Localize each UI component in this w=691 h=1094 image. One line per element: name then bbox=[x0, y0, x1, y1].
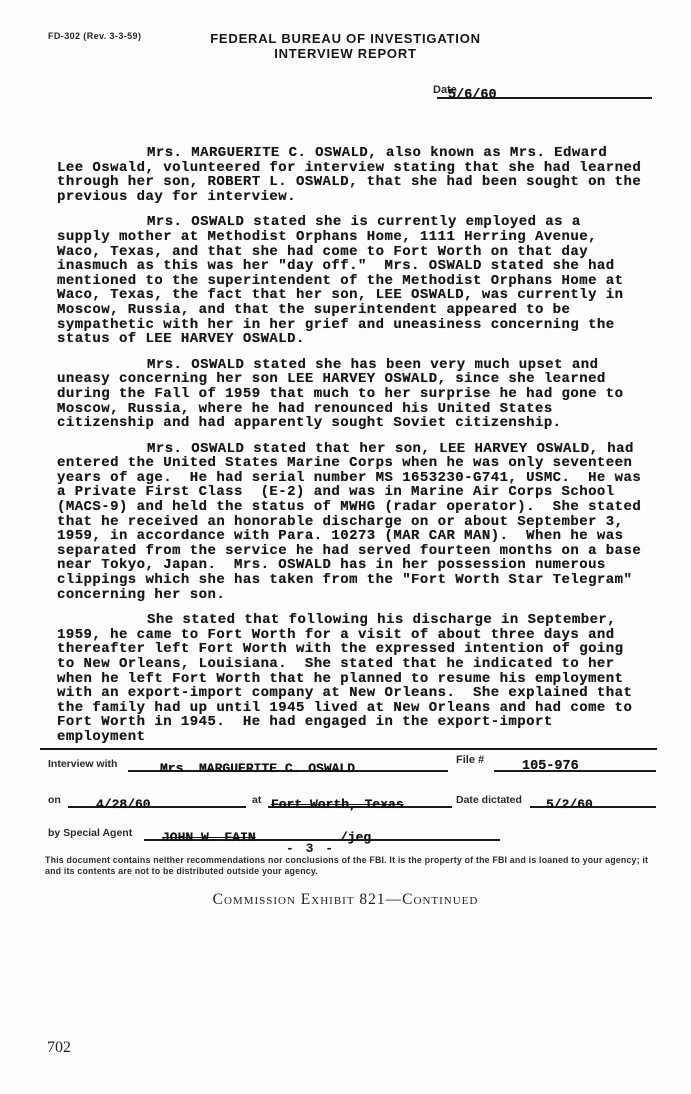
date-dictated-label: Date dictated bbox=[456, 794, 522, 806]
special-agent-value: JOHN W. FAIN bbox=[162, 830, 256, 845]
paragraph-1: Mrs. MARGUERITE C. OSWALD, also known as… bbox=[57, 146, 642, 204]
date-dictated-value: 5/2/60 bbox=[546, 797, 593, 812]
fbi-disclaimer: This document contains neither recommend… bbox=[45, 855, 659, 877]
file-number-label: File # bbox=[456, 754, 484, 766]
form-divider-line bbox=[40, 748, 657, 750]
special-agent-label: by Special Agent bbox=[48, 827, 132, 839]
interview-date-value: 4/28/60 bbox=[96, 797, 151, 812]
volume-page-number: 702 bbox=[47, 1039, 71, 1057]
report-page-number: - 3 - bbox=[286, 841, 335, 856]
paragraph-4: Mrs. OSWALD stated that her son, LEE HAR… bbox=[57, 442, 642, 603]
date-value: 5/6/60 bbox=[448, 88, 497, 103]
interview-date-label: on bbox=[48, 794, 61, 806]
interview-date-fill-line bbox=[68, 806, 246, 808]
paragraph-5: She stated that following his discharge … bbox=[57, 613, 642, 744]
exhibit-caption: Commission Exhibit 821—Continued bbox=[0, 891, 691, 909]
interview-with-label: Interview with bbox=[48, 758, 117, 770]
report-title: FEDERAL BUREAU OF INVESTIGATION bbox=[0, 31, 691, 46]
interview-place-value: Fort Worth, Texas bbox=[271, 797, 404, 812]
report-subtitle: INTERVIEW REPORT bbox=[0, 46, 691, 61]
document-page: FD-302 (Rev. 3-3-59) FEDERAL BUREAU OF I… bbox=[0, 0, 691, 1094]
report-body: Mrs. MARGUERITE C. OSWALD, also known as… bbox=[57, 146, 642, 756]
paragraph-3: Mrs. OSWALD stated she has been very muc… bbox=[57, 358, 642, 431]
typist-initials: /jeg bbox=[340, 830, 371, 845]
interview-place-label: at bbox=[252, 794, 261, 806]
file-number-value: 105-976 bbox=[522, 759, 579, 774]
paragraph-2: Mrs. OSWALD stated she is currently empl… bbox=[57, 215, 642, 346]
interview-with-value: Mrs. MARGUERITE C. OSWALD bbox=[160, 761, 355, 776]
